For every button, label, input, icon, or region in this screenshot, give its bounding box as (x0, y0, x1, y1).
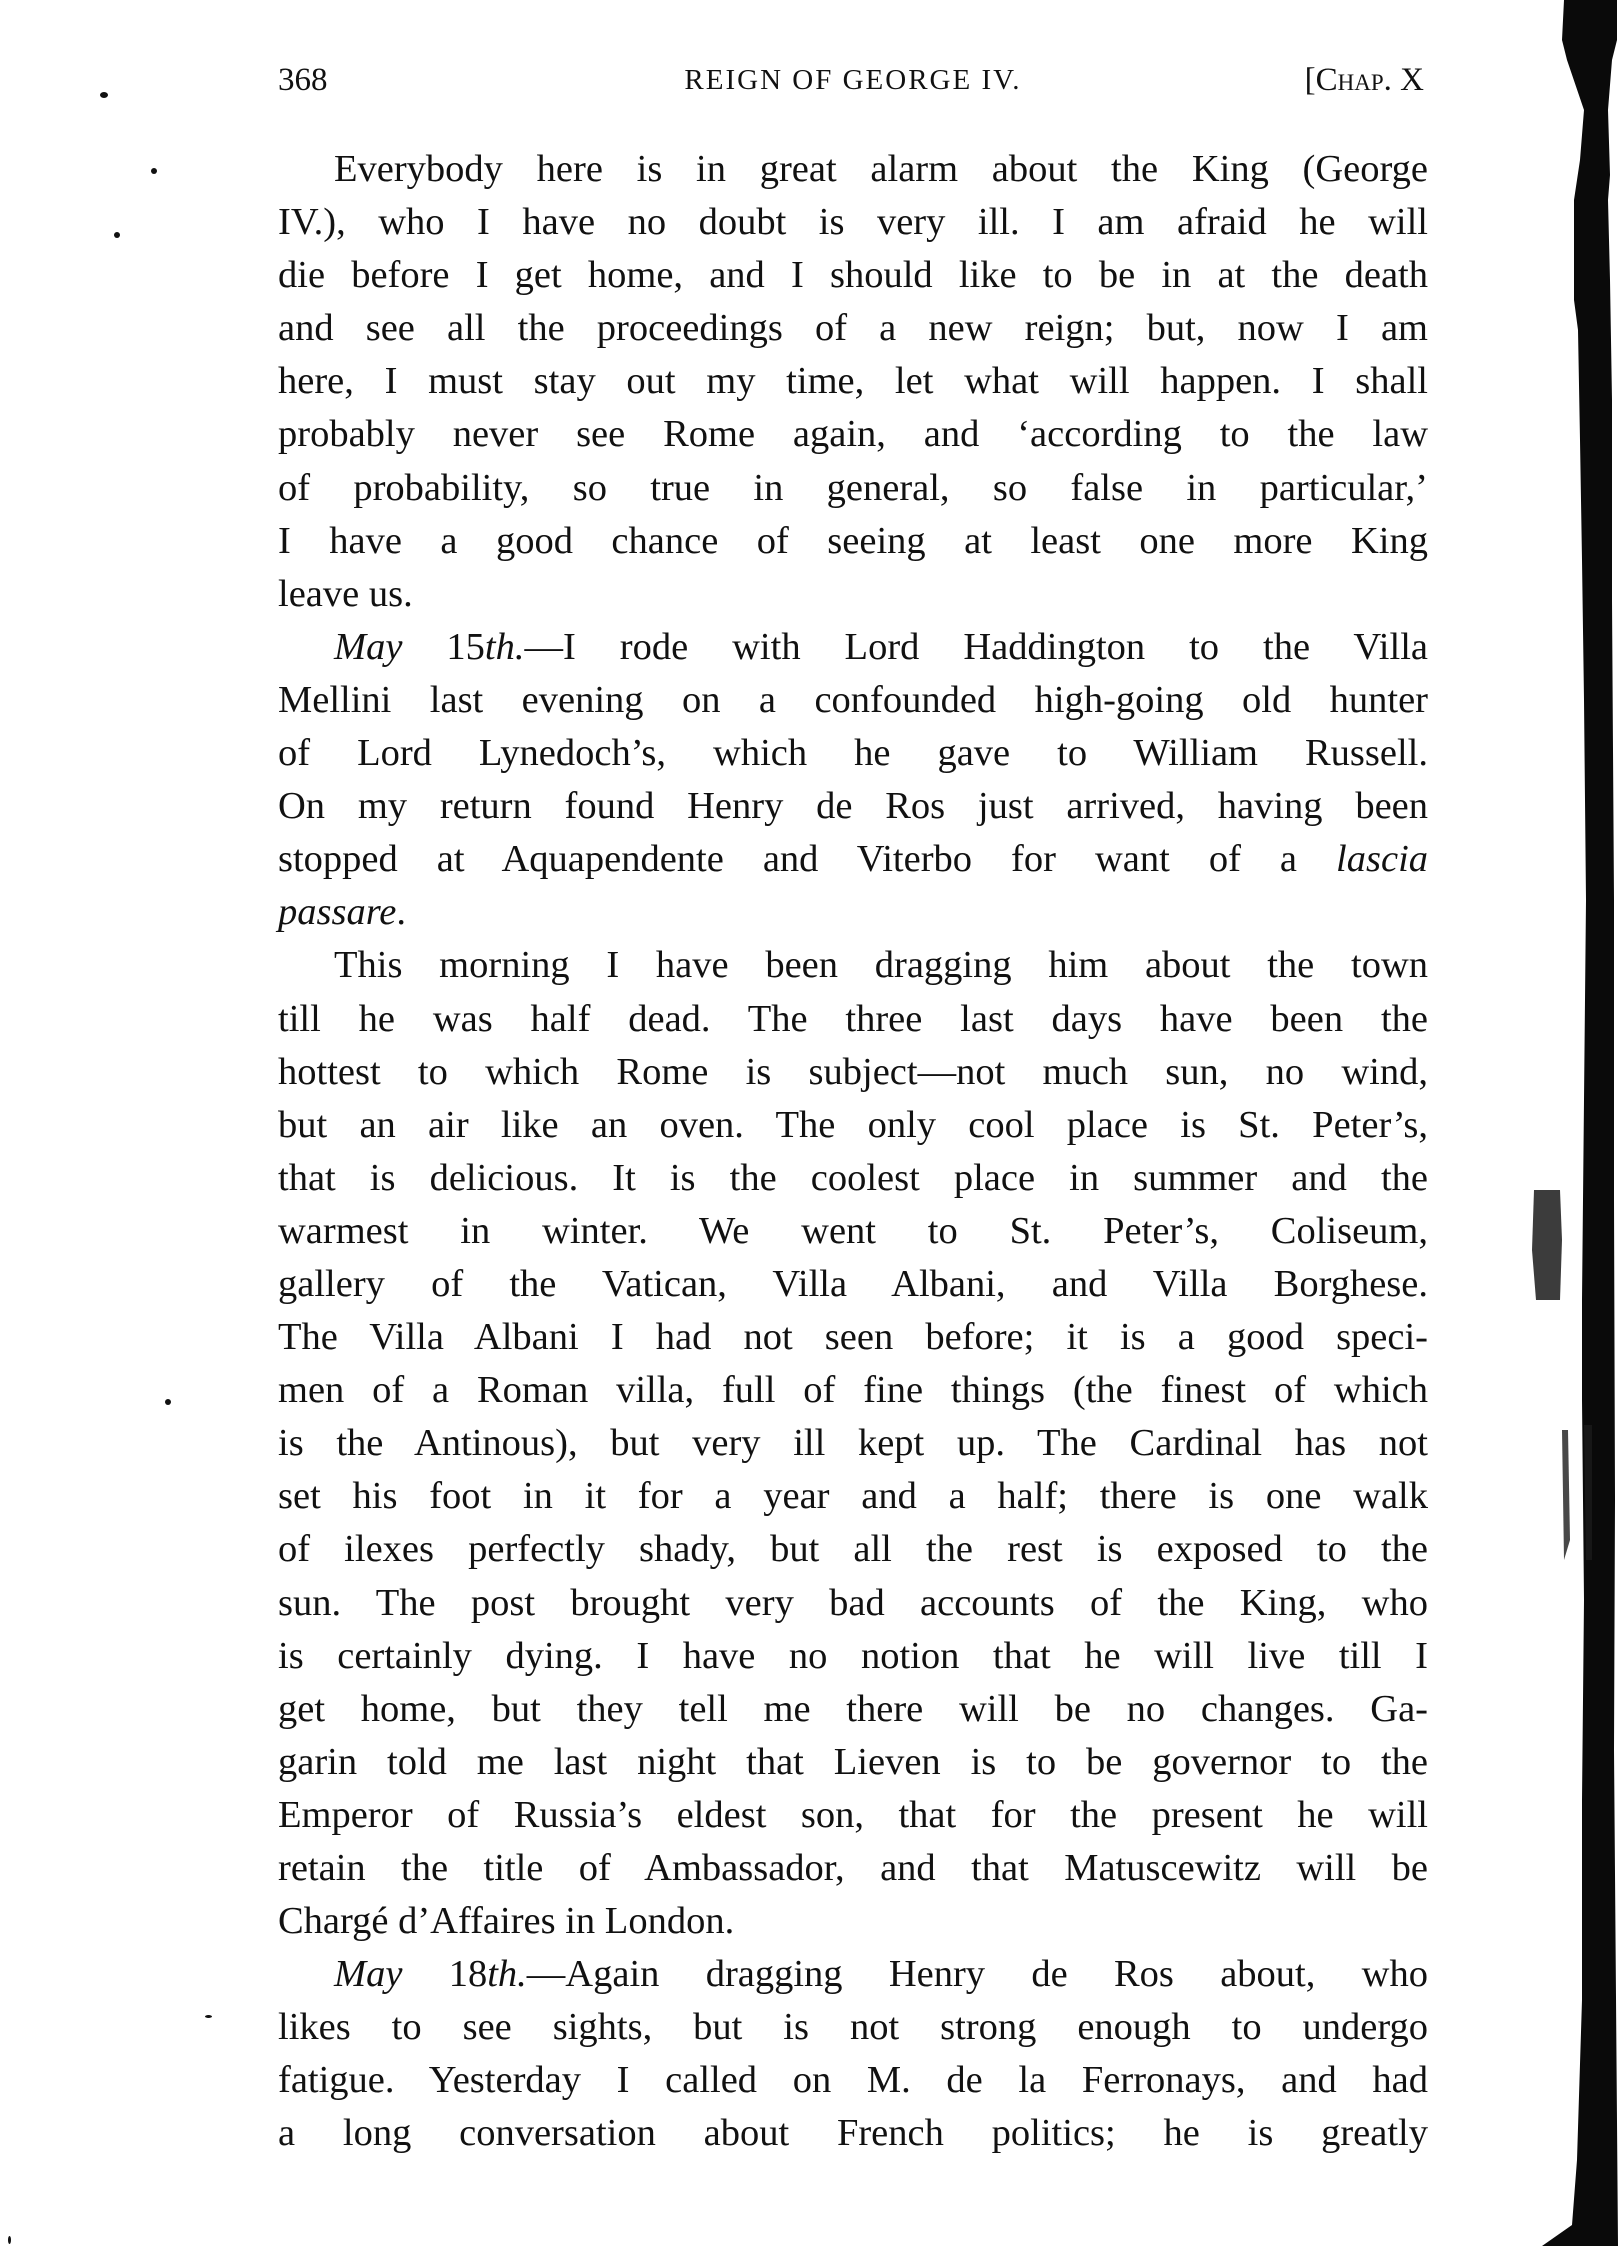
line-text: Mellini last evening on a confounded hig… (278, 679, 1428, 721)
text-line: likes to see sights, but is not strong e… (278, 2001, 1428, 2054)
text-line: men of a Roman villa, full of fine thing… (278, 1364, 1428, 1417)
text-line: gallery of the Vatican, Villa Albani, an… (278, 1258, 1428, 1311)
text-line: May 18th.—Again dragging Henry de Ros ab… (278, 1948, 1428, 2001)
running-title: REIGN OF GEORGE IV. (278, 60, 1428, 100)
line-text: men of a Roman villa, full of fine thing… (278, 1369, 1428, 1411)
date-month: May (334, 1953, 449, 1995)
italic-phrase: passare (278, 891, 396, 933)
date-suffix: th. (485, 626, 525, 668)
chapter-label: [Chap. X (1305, 60, 1424, 100)
text-line: sun. The post brought very bad accounts … (278, 1577, 1428, 1630)
text-line: Emperor of Russia’s eldest son, that for… (278, 1789, 1428, 1842)
running-head: 368 REIGN OF GEORGE IV. [Chap. X (278, 60, 1428, 100)
text-line: of Lord Lynedoch’s, which he gave to Wil… (278, 727, 1428, 780)
scan-speck (151, 168, 157, 174)
line-text: stopped at Aquapendente and Viterbo for … (278, 838, 1297, 880)
text-line: of ilexes perfectly shady, but all the r… (278, 1523, 1428, 1576)
line-text: likes to see sights, but is not strong e… (278, 2006, 1428, 2048)
line-text: gallery of the Vatican, Villa Albani, an… (278, 1263, 1428, 1305)
line-text: IV.), who I have no doubt is very ill. I… (278, 201, 1428, 243)
scan-speck (100, 92, 108, 98)
line-text: This morning I have been dragging him ab… (334, 944, 1428, 986)
line-text: —I rode with Lord Haddington to the Vill… (524, 626, 1428, 668)
binding-shadow (1502, 0, 1622, 2246)
line-text: set his foot in it for a year and a half… (278, 1475, 1428, 1517)
line-text: fatigue. Yesterday I called on M. de la … (278, 2059, 1428, 2101)
line-text: hottest to which Rome is subject—not muc… (278, 1051, 1428, 1093)
line-text: that is delicious. It is the coolest pla… (278, 1157, 1428, 1199)
scan-speck (165, 1399, 171, 1405)
line-text: a long conversation about French politic… (278, 2112, 1428, 2154)
text-line: May 15th.—I rode with Lord Haddington to… (278, 621, 1428, 674)
date-day: 18 (449, 1953, 488, 1995)
line-text: of probability, so true in general, so f… (278, 467, 1428, 509)
line-text: . (396, 891, 406, 933)
line-text: retain the title of Ambassador, and that… (278, 1847, 1428, 1889)
date-month: May (334, 626, 446, 668)
text-line: warmest in winter. We went to St. Peter’… (278, 1205, 1428, 1258)
text-line: get home, but they tell me there will be… (278, 1683, 1428, 1736)
text-line: that is delicious. It is the coolest pla… (278, 1152, 1428, 1205)
text-line: retain the title of Ambassador, and that… (278, 1842, 1428, 1895)
line-text: Everybody here is in great alarm about t… (334, 148, 1428, 190)
text-line: On my return found Henry de Ros just arr… (278, 780, 1428, 833)
text-line: Chargé d’Affaires in London. (278, 1895, 1428, 1948)
scan-speck (114, 232, 120, 238)
line-text: warmest in winter. We went to St. Peter’… (278, 1210, 1428, 1252)
chapter-bracket: [ (1305, 62, 1316, 98)
line-text: die before I get home, and I should like… (278, 254, 1428, 296)
line-text: is certainly dying. I have no notion tha… (278, 1635, 1428, 1677)
text-line: passare. (278, 886, 1428, 939)
line-text: garin told me last night that Lieven is … (278, 1741, 1428, 1783)
book-page: 368 REIGN OF GEORGE IV. [Chap. X Everybo… (0, 0, 1622, 2246)
line-text: till he was half dead. The three last da… (278, 998, 1428, 1040)
line-text: here, I must stay out my time, let what … (278, 360, 1428, 402)
line-text: The Villa Albani I had not seen before; … (278, 1316, 1428, 1358)
date-suffix: th. (487, 1953, 527, 1995)
text-line: a long conversation about French politic… (278, 2107, 1428, 2160)
line-text: but an air like an oven. The only cool p… (278, 1104, 1428, 1146)
line-text: of ilexes perfectly shady, but all the r… (278, 1528, 1428, 1570)
body-text: Everybody here is in great alarm about t… (278, 143, 1428, 2161)
text-line: Mellini last evening on a confounded hig… (278, 674, 1428, 727)
text-line: The Villa Albani I had not seen before; … (278, 1311, 1428, 1364)
text-line: probably never see Rome again, and ‘acco… (278, 408, 1428, 461)
text-line: This morning I have been dragging him ab… (278, 939, 1428, 992)
text-line: hottest to which Rome is subject—not muc… (278, 1046, 1428, 1099)
text-line: stopped at Aquapendente and Viterbo for … (278, 833, 1428, 886)
text-line: set his foot in it for a year and a half… (278, 1470, 1428, 1523)
line-text: On my return found Henry de Ros just arr… (278, 785, 1428, 827)
date-day: 15 (446, 626, 485, 668)
text-line: Everybody here is in great alarm about t… (278, 143, 1428, 196)
line-text: I have a good chance of seeing at least … (278, 520, 1428, 562)
text-line: is certainly dying. I have no notion tha… (278, 1630, 1428, 1683)
text-line: of probability, so true in general, so f… (278, 462, 1428, 515)
text-line: die before I get home, and I should like… (278, 249, 1428, 302)
scan-speck (8, 2236, 11, 2244)
italic-phrase: lascia (1336, 838, 1428, 880)
scan-speck (205, 2015, 212, 2018)
line-text: and see all the proceedings of a new rei… (278, 307, 1428, 349)
text-line: and see all the proceedings of a new rei… (278, 302, 1428, 355)
line-text: Emperor of Russia’s eldest son, that for… (278, 1794, 1428, 1836)
line-text: sun. The post brought very bad accounts … (278, 1582, 1428, 1624)
line-text: —Again dragging Henry de Ros about, who (527, 1953, 1428, 1995)
text-line: leave us. (278, 568, 1428, 621)
text-line: garin told me last night that Lieven is … (278, 1736, 1428, 1789)
text-line: but an air like an oven. The only cool p… (278, 1099, 1428, 1152)
text-line: I have a good chance of seeing at least … (278, 515, 1428, 568)
text-line: till he was half dead. The three last da… (278, 993, 1428, 1046)
line-text: get home, but they tell me there will be… (278, 1688, 1428, 1730)
text-line: IV.), who I have no doubt is very ill. I… (278, 196, 1428, 249)
chapter-word: Chap. (1316, 62, 1392, 98)
line-text: probably never see Rome again, and ‘acco… (278, 413, 1428, 455)
line-text: Chargé d’Affaires in London. (278, 1900, 734, 1942)
line-text: of Lord Lynedoch’s, which he gave to Wil… (278, 732, 1428, 774)
text-line: here, I must stay out my time, let what … (278, 355, 1428, 408)
line-text: is the Antinous), but very ill kept up. … (278, 1422, 1428, 1464)
line-text: leave us. (278, 573, 413, 615)
chapter-number: X (1400, 62, 1424, 98)
text-line: is the Antinous), but very ill kept up. … (278, 1417, 1428, 1470)
text-line: fatigue. Yesterday I called on M. de la … (278, 2054, 1428, 2107)
